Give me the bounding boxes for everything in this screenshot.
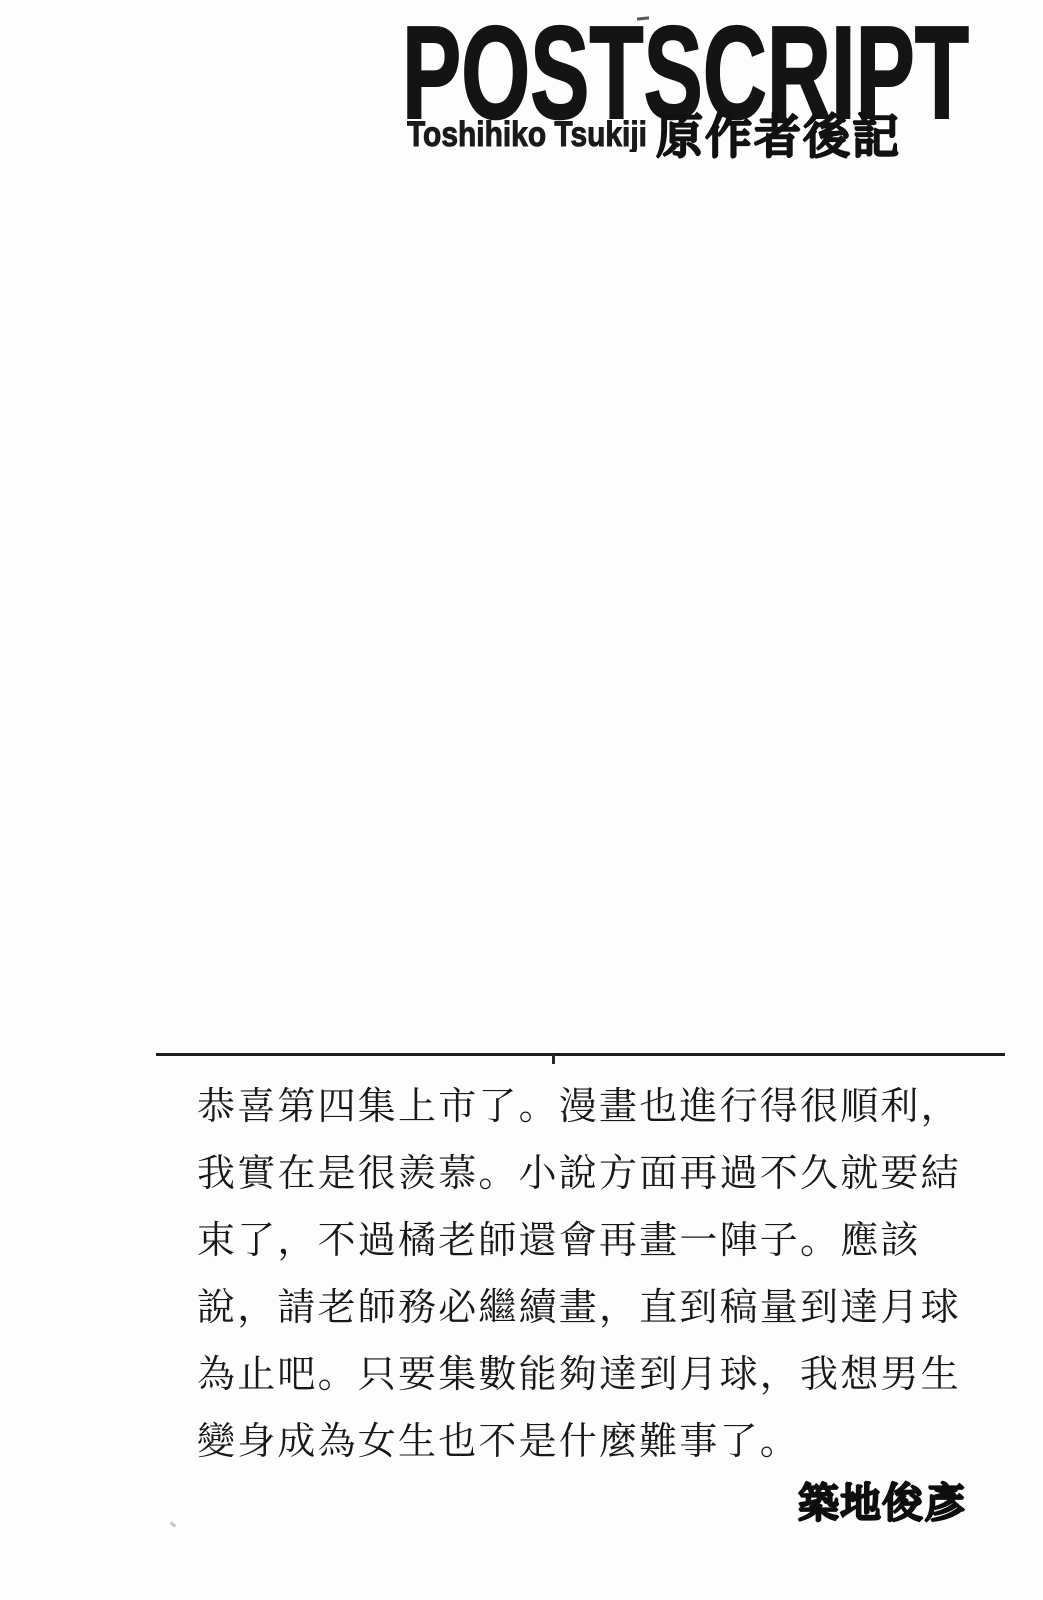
scan-artifact-dash: [637, 16, 649, 20]
postscript-page: POSTSCRIPT Toshihiko Tsukiji 原作者後記 恭喜第四集…: [0, 0, 1043, 1600]
paragraph-line: 我實在是很羨慕。小說方面再過不久就要結: [197, 1141, 997, 1208]
author-signature: 築地俊彥: [197, 1480, 966, 1526]
paragraph-line: 束了，不過橘老師還會再畫一陣子。應該: [197, 1208, 997, 1275]
author-name-romaji: Toshihiko Tsukiji: [407, 115, 647, 152]
paragraph-line: 變身成為女生也不是什麼難事了。: [197, 1409, 997, 1476]
scan-artifact-speck: [170, 1521, 177, 1527]
paragraph-line: 為止吧。只要集數能夠達到月球，我想男生: [197, 1342, 997, 1409]
divider-line: [156, 1053, 1005, 1056]
postscript-paragraph: 恭喜第四集上市了。漫畫也進行得很順利， 我實在是很羨慕。小說方面再過不久就要結 …: [197, 1074, 997, 1476]
page-title-cjk: 原作者後記: [656, 113, 901, 160]
paragraph-line: 恭喜第四集上市了。漫畫也進行得很順利，: [197, 1074, 997, 1141]
paragraph-line: 說，請老師務必繼續畫，直到稿量到達月球: [197, 1275, 997, 1342]
divider-tick-mark: [552, 1055, 555, 1064]
author-name-graphic: Toshihiko Tsukiji: [407, 112, 657, 152]
